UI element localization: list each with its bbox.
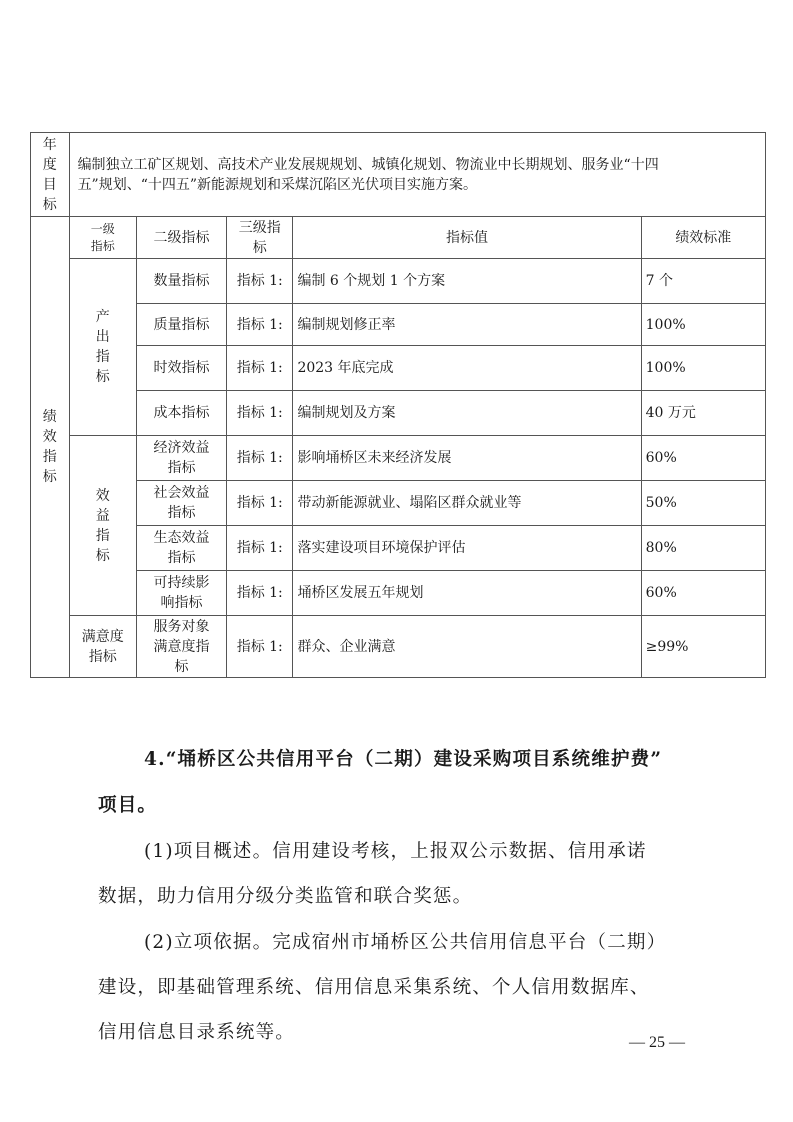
level2-text: 指标 — [141, 503, 222, 523]
value-cell: 编制规划修正率 — [293, 304, 641, 346]
standard-cell: 50% — [641, 481, 765, 526]
value-cell: 影响埇桥区未来经济发展 — [293, 436, 641, 481]
annual-goal-label: 年 度 目 标 — [31, 133, 70, 217]
level2-text: 指标 — [141, 458, 222, 478]
level3-cell: 指标 1: — [227, 526, 293, 571]
standard-cell: 80% — [641, 526, 765, 571]
standard-cell: 60% — [641, 436, 765, 481]
label-char: 指 — [96, 526, 110, 546]
table-row: 效 益 指 标 经济效益 指标 指标 1: 影响埇桥区未来经济发展 60% — [31, 436, 766, 481]
header-value: 指标值 — [293, 217, 641, 259]
label-text: 满意度 — [74, 627, 132, 647]
level3-cell: 指标 1: — [227, 481, 293, 526]
level3-cell: 指标 1: — [227, 304, 293, 346]
value-cell: 埇桥区发展五年规划 — [293, 571, 641, 616]
table-row: 社会效益 指标 指标 1: 带动新能源就业、塌陷区群众就业等 50% — [31, 481, 766, 526]
label-char: 出 — [96, 327, 110, 347]
standard-cell: ≥99% — [641, 616, 765, 678]
level2-cell: 成本指标 — [137, 391, 227, 436]
table-row: 时效指标 指标 1: 2023 年底完成 100% — [31, 346, 766, 391]
label-char: 产 — [96, 307, 110, 327]
value-cell: 编制 6 个规划 1 个方案 — [293, 259, 641, 304]
level2-text: 经济效益 — [141, 438, 222, 458]
standard-cell: 100% — [641, 304, 765, 346]
benefit-indicator-label: 效 益 指 标 — [69, 436, 136, 616]
level2-text: 响指标 — [141, 593, 222, 613]
paragraph-line: (2)立项依据。完成宿州市埇桥区公共信用信息平台（二期） — [144, 928, 666, 954]
header-level2: 二级指标 — [137, 217, 227, 259]
level2-text: 可持续影 — [141, 573, 222, 593]
header-row: 绩 效 指 标 一级 指标 二级指标 三级指 标 指标值 绩效标准 — [31, 217, 766, 259]
label-char: 标 — [96, 367, 110, 387]
level2-text: 标 — [141, 657, 222, 677]
level2-cell: 生态效益 指标 — [137, 526, 227, 571]
level3-cell: 指标 1: — [227, 391, 293, 436]
label-char: 效 — [43, 427, 57, 447]
label-char: 指 — [96, 347, 110, 367]
perf-indicator-label: 绩 效 指 标 — [31, 217, 70, 678]
paragraph-line: 信用信息目录系统等。 — [98, 1018, 295, 1044]
header-text: 三级指 — [231, 218, 288, 238]
label-text: 指标 — [74, 647, 132, 667]
section-heading-cont: 项目。 — [98, 791, 157, 817]
label-char: 绩 — [43, 407, 57, 427]
paragraph-line: 数据，助力信用分级分类监管和联合奖惩。 — [98, 882, 472, 908]
value-cell: 群众、企业满意 — [293, 616, 641, 678]
level2-text: 指标 — [141, 548, 222, 568]
header-level3: 三级指 标 — [227, 217, 293, 259]
paragraph-line: 建设，即基础管理系统、信用信息采集系统、个人信用数据库、 — [98, 973, 650, 999]
label-char: 标 — [96, 546, 110, 566]
value-cell: 落实建设项目环境保护评估 — [293, 526, 641, 571]
level2-cell: 数量指标 — [137, 259, 227, 304]
level2-text: 生态效益 — [141, 528, 222, 548]
level2-text: 社会效益 — [141, 483, 222, 503]
label-char: 标 — [43, 467, 57, 487]
level2-cell: 质量指标 — [137, 304, 227, 346]
level2-cell: 时效指标 — [137, 346, 227, 391]
value-cell: 编制规划及方案 — [293, 391, 641, 436]
table-row: 质量指标 指标 1: 编制规划修正率 100% — [31, 304, 766, 346]
standard-cell: 7 个 — [641, 259, 765, 304]
annual-goal-line: 编制独立工矿区规划、高技术产业发展规规划、城镇化规划、物流业中长期规划、服务业“… — [78, 155, 757, 175]
table-row: 满意度 指标 服务对象 满意度指 标 指标 1: 群众、企业满意 ≥99% — [31, 616, 766, 678]
level3-cell: 指标 1: — [227, 616, 293, 678]
value-cell: 2023 年底完成 — [293, 346, 641, 391]
label-char: 目 — [43, 175, 57, 195]
level2-text: 服务对象 — [141, 617, 222, 637]
level3-cell: 指标 1: — [227, 346, 293, 391]
standard-cell: 60% — [641, 571, 765, 616]
table-row: 生态效益 指标 指标 1: 落实建设项目环境保护评估 80% — [31, 526, 766, 571]
annual-goal-row: 年 度 目 标 编制独立工矿区规划、高技术产业发展规规划、城镇化规划、物流业中长… — [31, 133, 766, 217]
level2-cell: 可持续影 响指标 — [137, 571, 227, 616]
table-row: 可持续影 响指标 指标 1: 埇桥区发展五年规划 60% — [31, 571, 766, 616]
level2-cell: 社会效益 指标 — [137, 481, 227, 526]
label-char: 度 — [43, 155, 57, 175]
value-cell: 带动新能源就业、塌陷区群众就业等 — [293, 481, 641, 526]
page-number: — 25 — — [629, 1034, 685, 1052]
section-heading: 4.“埇桥区公共信用平台（二期）建设采购项目系统维护费” — [144, 745, 662, 771]
output-indicator-label: 产 出 指 标 — [69, 259, 136, 436]
satisfaction-indicator-label: 满意度 指标 — [69, 616, 136, 678]
label-char: 年 — [43, 135, 57, 155]
level3-cell: 指标 1: — [227, 571, 293, 616]
header-text: 一级 — [74, 221, 132, 238]
level2-cell: 经济效益 指标 — [137, 436, 227, 481]
annual-goal-line: 五”规划、“十四五”新能源规划和采煤沉陷区光伏项目实施方案。 — [78, 175, 757, 195]
header-level1: 一级 指标 — [69, 217, 136, 259]
level2-text: 满意度指 — [141, 637, 222, 657]
label-char: 效 — [96, 486, 110, 506]
header-standard: 绩效标准 — [641, 217, 765, 259]
performance-target-table: 年 度 目 标 编制独立工矿区规划、高技术产业发展规规划、城镇化规划、物流业中长… — [30, 132, 766, 678]
standard-cell: 100% — [641, 346, 765, 391]
paragraph-line: (1)项目概述。信用建设考核，上报双公示数据、信用承诺 — [144, 837, 647, 863]
annual-goal-text: 编制独立工矿区规划、高技术产业发展规规划、城镇化规划、物流业中长期规划、服务业“… — [69, 133, 765, 217]
table-row: 产 出 指 标 数量指标 指标 1: 编制 6 个规划 1 个方案 7 个 — [31, 259, 766, 304]
level2-cell: 服务对象 满意度指 标 — [137, 616, 227, 678]
label-char: 益 — [96, 506, 110, 526]
level3-cell: 指标 1: — [227, 436, 293, 481]
label-char: 指 — [43, 447, 57, 467]
level3-cell: 指标 1: — [227, 259, 293, 304]
table-row: 成本指标 指标 1: 编制规划及方案 40 万元 — [31, 391, 766, 436]
label-char: 标 — [43, 195, 57, 215]
header-text: 指标 — [74, 238, 132, 255]
header-text: 标 — [231, 238, 288, 258]
standard-cell: 40 万元 — [641, 391, 765, 436]
